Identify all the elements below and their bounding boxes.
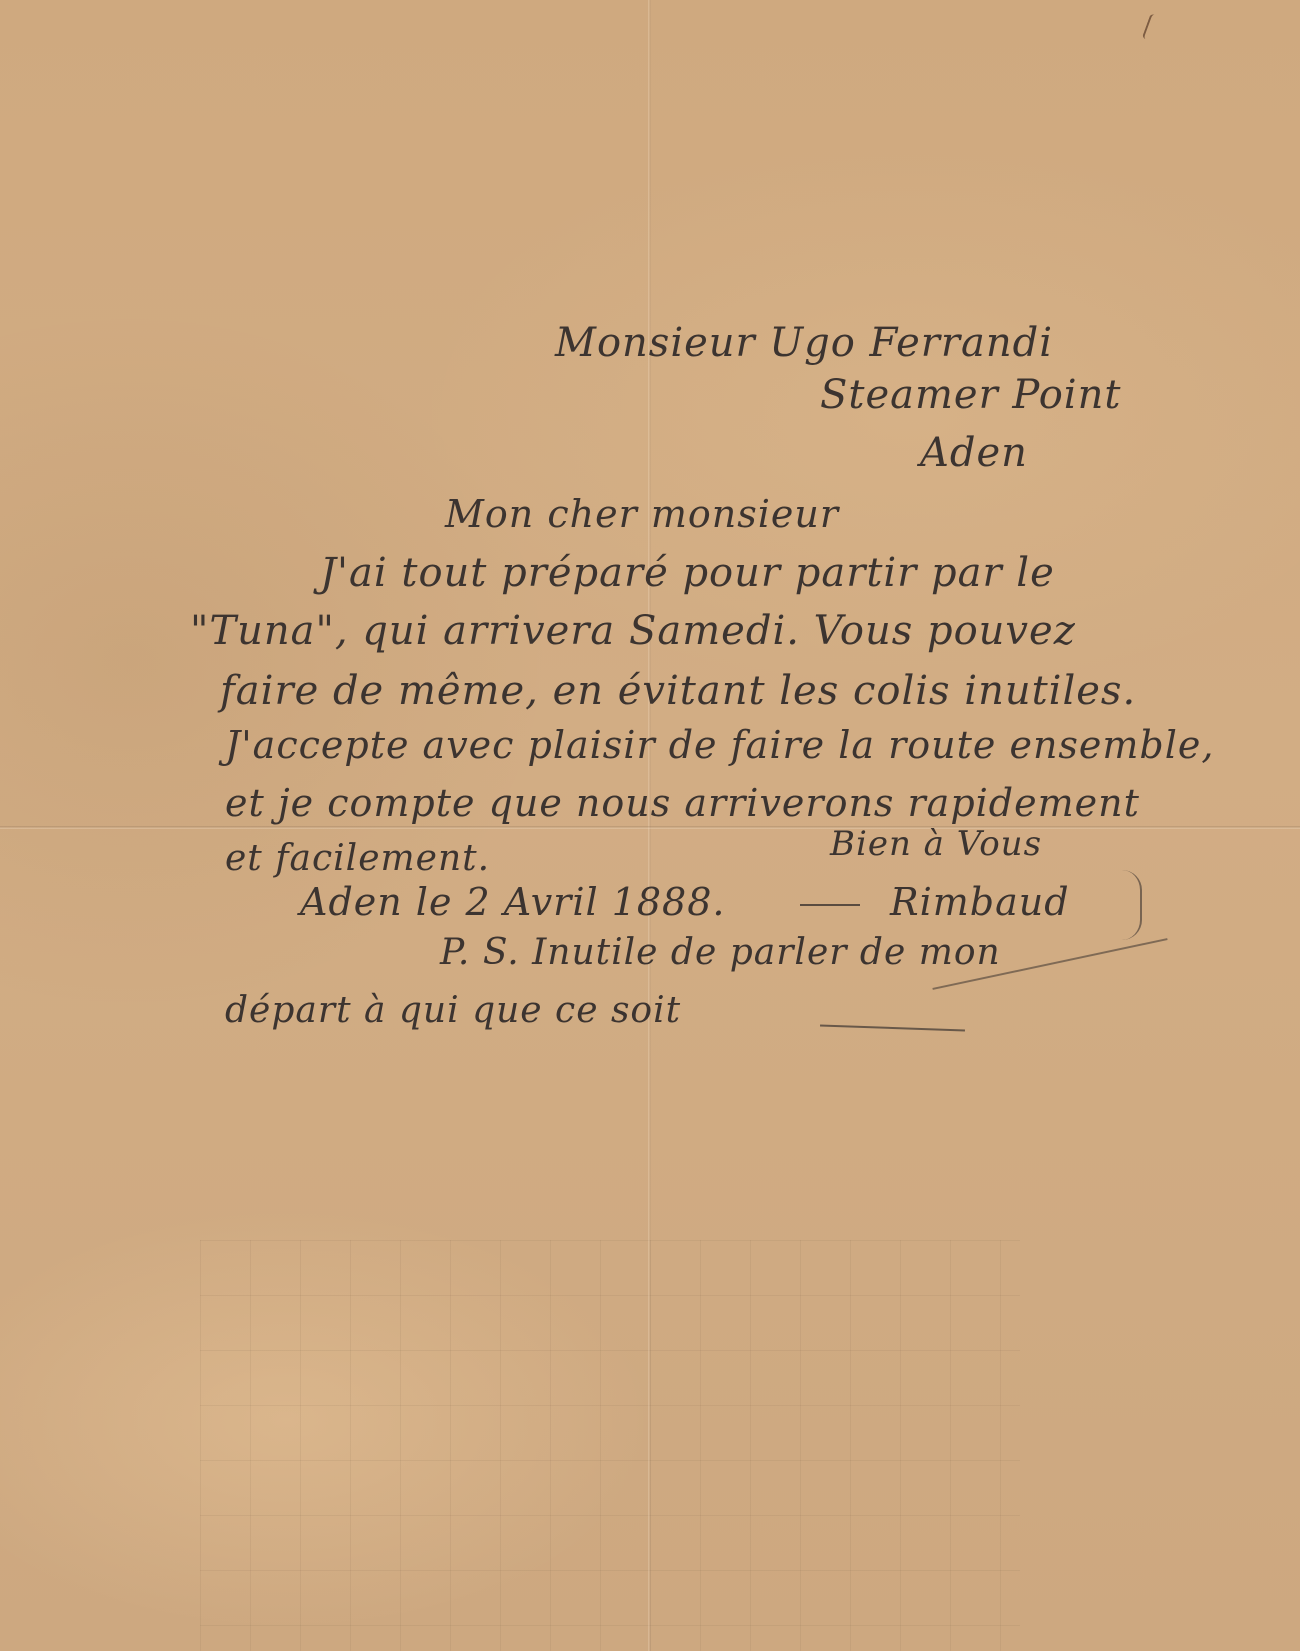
dash-stroke: [800, 904, 860, 906]
postscript-line: P. S. Inutile de parler de mon: [440, 932, 1001, 973]
body-line: et je compte que nous arriverons rapidem…: [225, 781, 1140, 825]
recipient-address-street: Steamer Point: [820, 372, 1121, 418]
body-line: faire de même, en évitant les colis inut…: [220, 668, 1136, 714]
body-line: J'accepte avec plaisir de faire la route…: [225, 723, 1214, 767]
body-line: et facilement.: [225, 838, 490, 879]
postscript-line: départ à qui que ce soit: [225, 990, 681, 1031]
paper-grid-ruling: [200, 1240, 1020, 1651]
ink-mark: [1142, 13, 1158, 40]
recipient-address-city: Aden: [920, 430, 1028, 476]
horizontal-fold-line: [0, 826, 1300, 829]
closing: Bien à Vous: [830, 824, 1042, 864]
signature: Rimbaud: [890, 880, 1070, 924]
letter-paper: Monsieur Ugo Ferrandi Steamer Point Aden…: [0, 0, 1300, 1651]
date-line: Aden le 2 Avril 1888.: [300, 880, 726, 924]
underline-stroke: [820, 1024, 965, 1031]
body-line: "Tuna", qui arrivera Samedi. Vous pouvez: [190, 608, 1076, 654]
recipient-name: Monsieur Ugo Ferrandi: [555, 320, 1053, 366]
body-line: J'ai tout préparé pour partir par le: [320, 550, 1055, 596]
signature-flourish: [1120, 870, 1142, 940]
salutation: Mon cher monsieur: [445, 492, 839, 536]
